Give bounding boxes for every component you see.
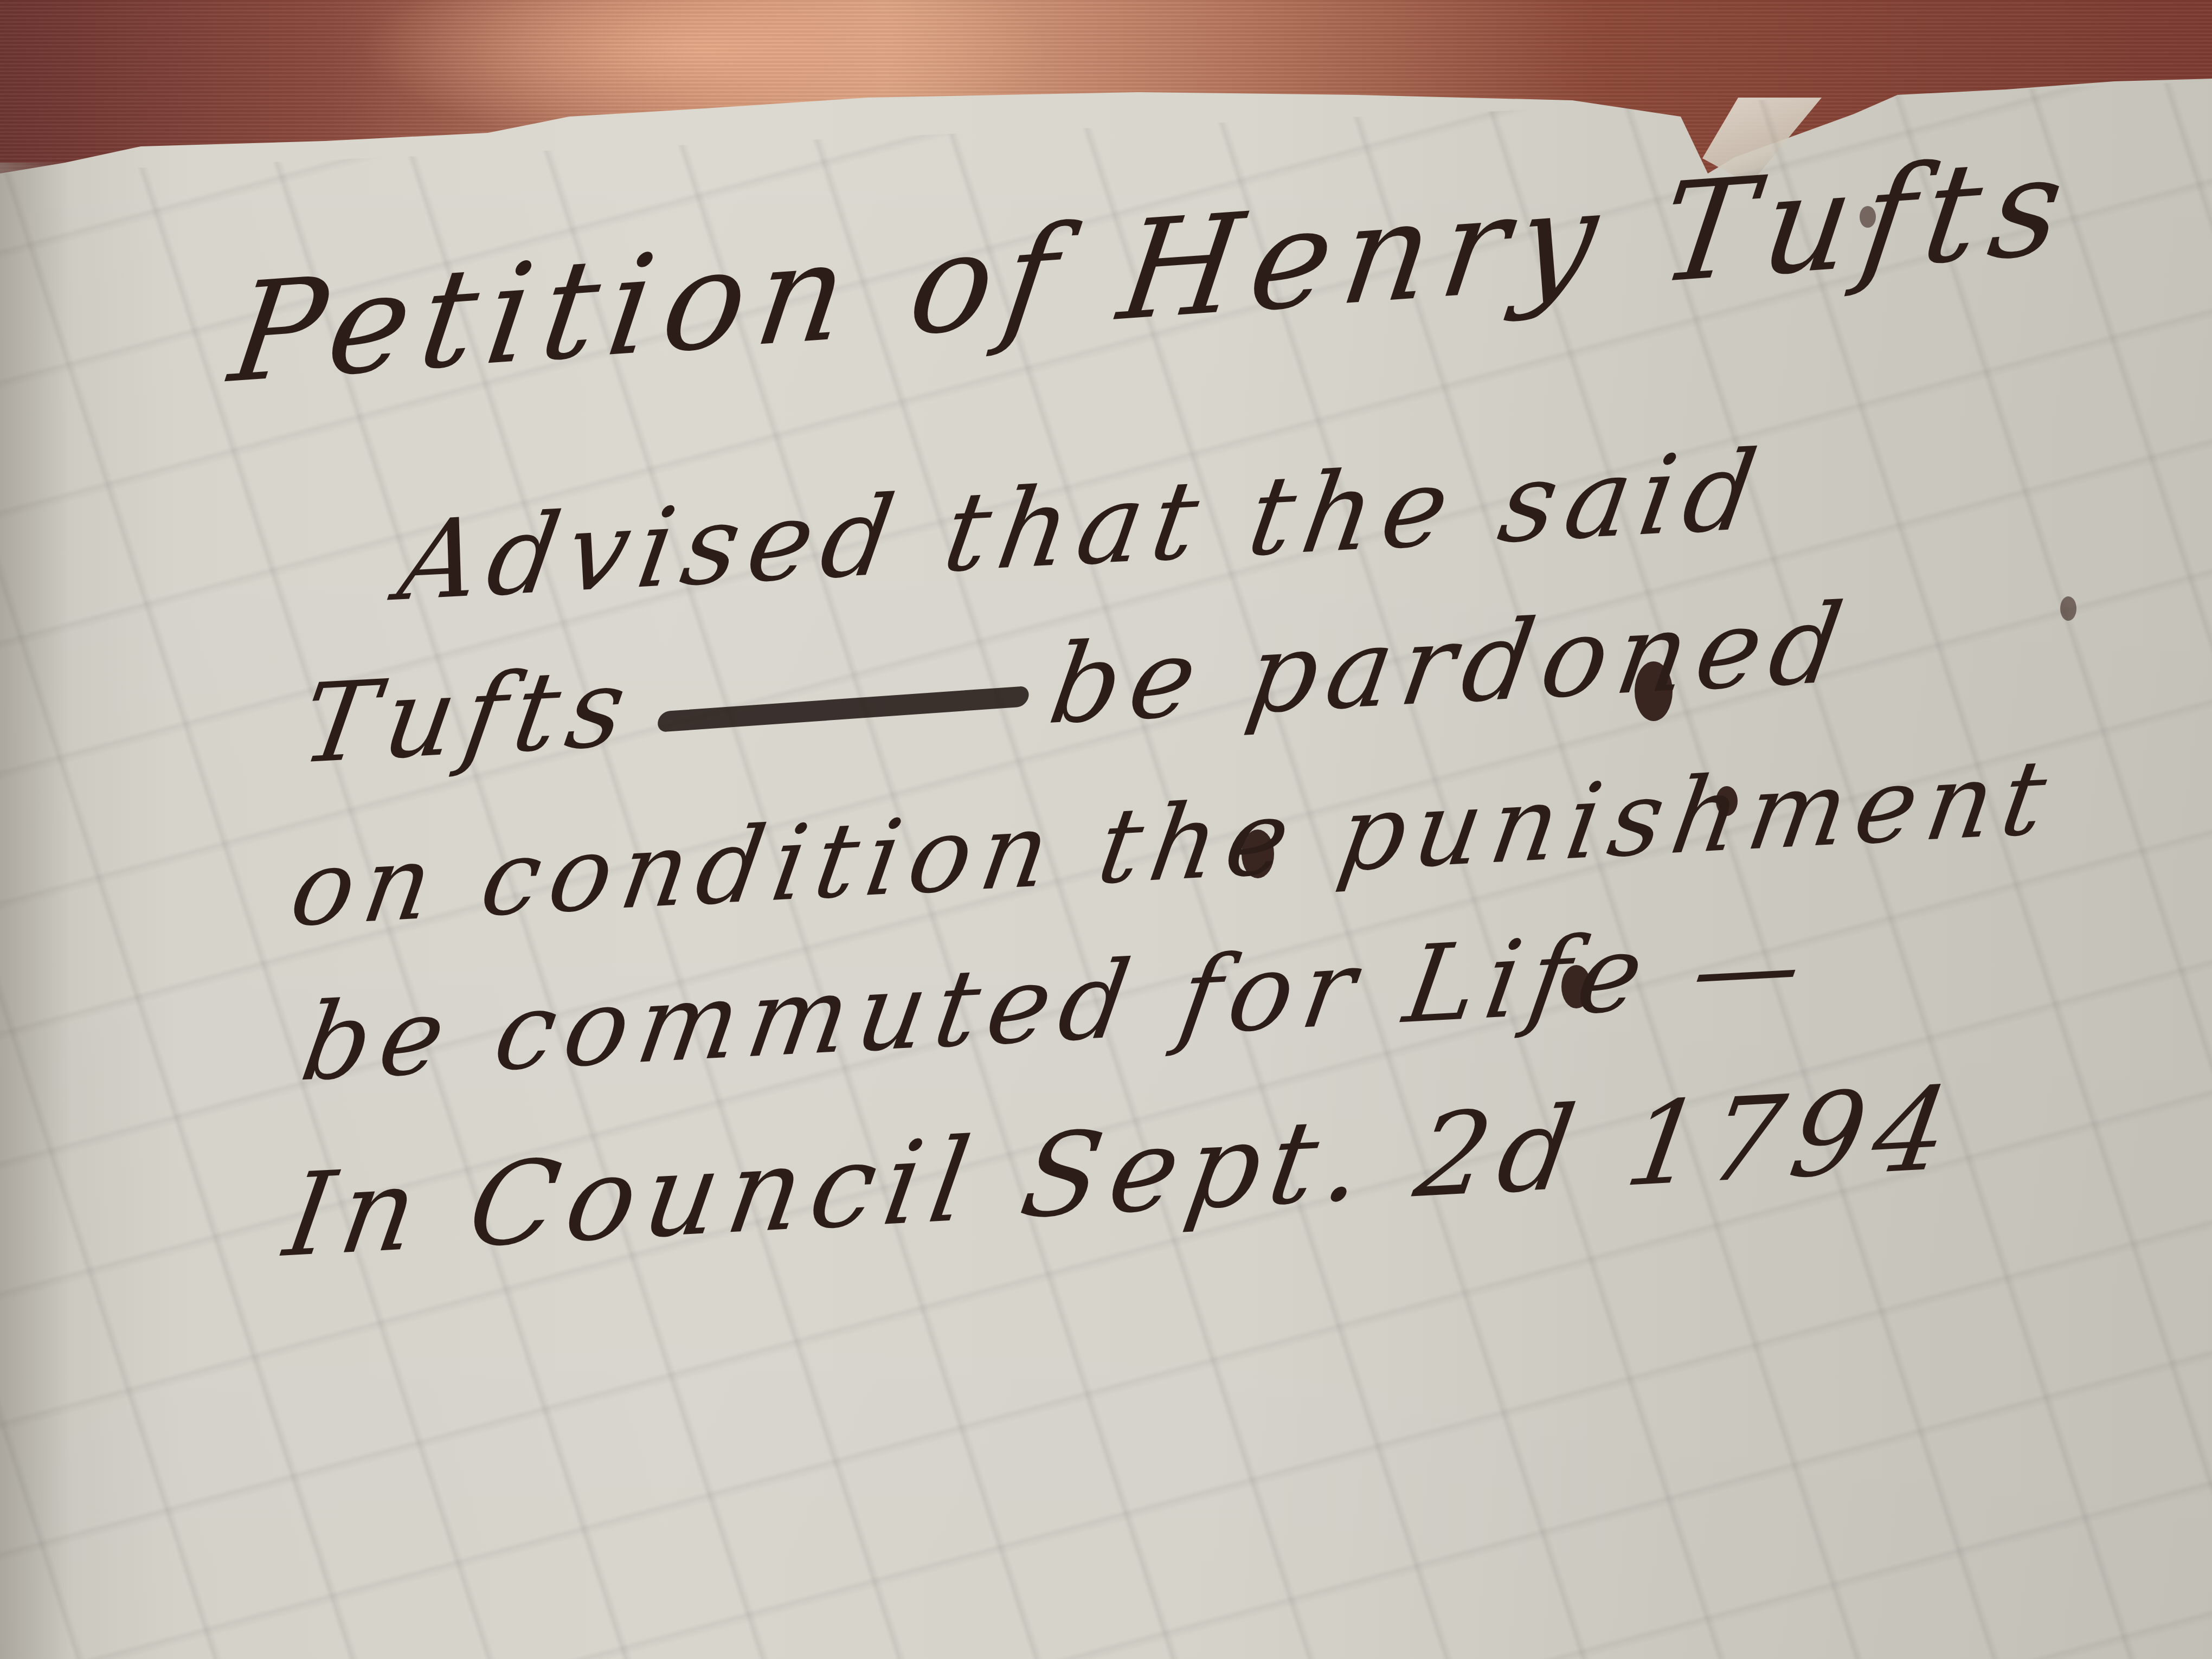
handwritten-document: Petition of Henry Tufts Advised that the… bbox=[0, 0, 2212, 1659]
struck-out-word bbox=[656, 623, 1030, 769]
text-be-pardoned: be pardoned bbox=[1041, 580, 1860, 749]
text-tufts: Tufts bbox=[293, 644, 644, 788]
photo-scene: Petition of Henry Tufts Advised that the… bbox=[0, 0, 2212, 1659]
date-line: In Council Sept. 2d 1794 bbox=[276, 1061, 1967, 1283]
document-title: Petition of Henry Tufts bbox=[222, 125, 2084, 414]
